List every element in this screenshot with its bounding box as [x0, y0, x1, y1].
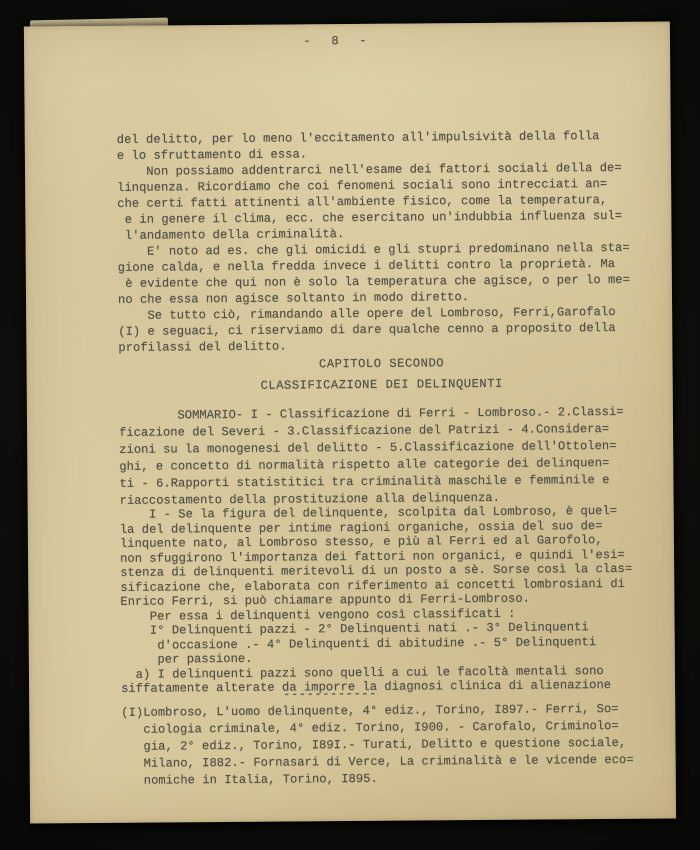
chapter-subheading: CLASSIFICAZIONE DEI DELINQUENTI: [119, 376, 645, 394]
scanner-background: { "page": { "number": "- 8 -" }, "docume…: [0, 0, 700, 850]
chapter-heading: CAPITOLO SECONDO: [118, 355, 644, 373]
page-number: - 8 -: [104, 32, 568, 50]
sommario-summary: SOMMARIO- I - Classificazione di Ferri -…: [119, 404, 646, 510]
paragraph-classification: I - Se la figura del delinquente, scolpi…: [120, 504, 647, 697]
footnote-bibliography: (I)Lombroso, L'uomo delinquente, 4° ediz…: [121, 701, 648, 790]
document-page: - 8 - del delitto, per lo meno l'eccitam…: [24, 21, 676, 823]
footnote-separator: ------------: [283, 687, 403, 702]
paragraph-social-factors: del delitto, per lo meno l'eccitamento a…: [117, 128, 645, 356]
